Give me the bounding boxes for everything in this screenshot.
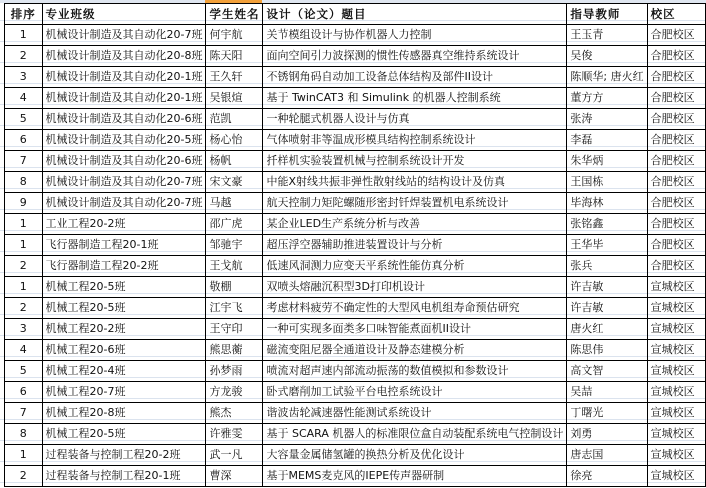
- cell-advisor[interactable]: 吴喆: [567, 382, 647, 403]
- cell-thesis-title[interactable]: 面向空间引力波探测的惯性传感器真空维持系统设计: [263, 46, 567, 67]
- cell-thesis-title[interactable]: 大容量金属储氢罐的换热分析及优化设计: [263, 445, 567, 466]
- table-row: 2机械工程20-5班江宇飞考虑材料疲劳不确定性的大型风电机组寿命预估研究许吉敏宣…: [5, 298, 706, 319]
- cell-order[interactable]: 2: [5, 46, 43, 67]
- cell-thesis-title[interactable]: 基于 SCARA 机器人的标准限位盒自动装配系统电气控制设计: [263, 424, 567, 445]
- cell-thesis-title[interactable]: 基于 TwinCAT3 和 Simulink 的机器人控制系统: [263, 88, 567, 109]
- cell-thesis-title[interactable]: 扦样机实验装置机械与控制系统设计开发: [263, 151, 567, 172]
- cell-campus[interactable]: 宣城校区: [647, 424, 705, 445]
- spreadsheet-grid[interactable]: 排序 专业班级 学生姓名 设计（论文）题目 指导教师 校区 1机械设计制造及其自…: [0, 0, 706, 488]
- table-row: 4机械工程20-6班熊思蘅磁流变阻尼器全通道设计及静态建模分析陈思伟宣城校区: [5, 340, 706, 361]
- cell-class[interactable]: 机械设计制造及其自动化20-1班: [42, 88, 206, 109]
- cell-student-name[interactable]: 何宇航: [206, 25, 263, 46]
- table-row: 1飞行器制造工程20-1班邹驰宇超压浮空器辅助推进装置设计与分析王华毕合肥校区: [5, 235, 706, 256]
- cell-thesis-title[interactable]: 谐波齿轮减速器性能测试系统设计: [263, 403, 567, 424]
- cell-advisor[interactable]: 陈思伟: [567, 340, 647, 361]
- table-row: 3机械设计制造及其自动化20-1班王久轩不锈钢角码自动加工设备总体结构及部件II…: [5, 67, 706, 88]
- cell-advisor[interactable]: 李磊: [567, 130, 647, 151]
- cell-order[interactable]: 6: [5, 130, 43, 151]
- cell-student-name[interactable]: 武一凡: [206, 445, 263, 466]
- cell-student-name[interactable]: 杨帆: [206, 151, 263, 172]
- cell-order[interactable]: 7: [5, 151, 43, 172]
- cell-class[interactable]: 机械设计制造及其自动化20-6班: [42, 151, 206, 172]
- table-row: 6机械设计制造及其自动化20-5班杨心怡气体喷射非等温成形模具结构控制系统设计李…: [5, 130, 706, 151]
- cell-order[interactable]: 3: [5, 67, 43, 88]
- cell-class[interactable]: 机械工程20-5班: [42, 298, 206, 319]
- cell-advisor[interactable]: 许吉敏: [567, 298, 647, 319]
- cell-campus[interactable]: 合肥校区: [647, 25, 705, 46]
- cell-campus[interactable]: 宣城校区: [647, 340, 705, 361]
- cell-thesis-title[interactable]: 一种可实现多面类多口味智能煮面机II设计: [263, 319, 567, 340]
- cell-campus[interactable]: 合肥校区: [647, 193, 705, 214]
- header-thesis-title[interactable]: 设计（论文）题目: [263, 4, 567, 25]
- cell-class[interactable]: 机械工程20-5班: [42, 424, 206, 445]
- cell-advisor[interactable]: 高文智: [567, 361, 647, 382]
- cell-class[interactable]: 机械设计制造及其自动化20-8班: [42, 46, 206, 67]
- cell-class[interactable]: 机械设计制造及其自动化20-5班: [42, 130, 206, 151]
- cell-thesis-title[interactable]: 卧式磨削加工试验平台电控系统设计: [263, 382, 567, 403]
- cell-class[interactable]: 过程装备与控制工程20-1班: [42, 466, 206, 487]
- table-row: 1工业工程20-2班邵广虎某企业LED生产系统分析与改善张铭鑫合肥校区: [5, 214, 706, 235]
- cell-student-name[interactable]: 曹深: [206, 466, 263, 487]
- cell-student-name[interactable]: 许雅雯: [206, 424, 263, 445]
- cell-campus[interactable]: 合肥校区: [647, 172, 705, 193]
- cell-order[interactable]: 1: [5, 25, 43, 46]
- cell-student-name[interactable]: 孙梦雨: [206, 361, 263, 382]
- cell-student-name[interactable]: 陈天阳: [206, 46, 263, 67]
- cell-class[interactable]: 机械工程20-6班: [42, 340, 206, 361]
- table-row: 1过程装备与控制工程20-2班武一凡大容量金属储氢罐的换热分析及优化设计唐志国宣…: [5, 445, 706, 466]
- table-row: 4机械设计制造及其自动化20-1班吴银煊基于 TwinCAT3 和 Simuli…: [5, 88, 706, 109]
- cell-student-name[interactable]: 王守印: [206, 319, 263, 340]
- table-row: 8机械工程20-5班许雅雯基于 SCARA 机器人的标准限位盒自动装配系统电气控…: [5, 424, 706, 445]
- cell-class[interactable]: 过程装备与控制工程20-2班: [42, 445, 206, 466]
- cell-order[interactable]: 9: [5, 193, 43, 214]
- table-row: 2过程装备与控制工程20-1班曹深基于MEMS麦克风的IEPE传声器研制徐亮宣城…: [5, 466, 706, 487]
- cell-campus[interactable]: 宣城校区: [647, 319, 705, 340]
- cell-class[interactable]: 机械工程20-5班: [42, 277, 206, 298]
- cell-thesis-title[interactable]: 双喷头熔融沉积型3D打印机设计: [263, 277, 567, 298]
- cell-student-name[interactable]: 熊杰: [206, 403, 263, 424]
- cell-campus[interactable]: 宣城校区: [647, 277, 705, 298]
- cell-thesis-title[interactable]: 航天控制力矩陀螺随形密封钎焊装置机电系统设计: [263, 193, 567, 214]
- cell-advisor[interactable]: 王华毕: [567, 235, 647, 256]
- cell-thesis-title[interactable]: 喷流对超声速内部流动振荡的数值模拟和参数设计: [263, 361, 567, 382]
- cell-student-name[interactable]: 杨心怡: [206, 130, 263, 151]
- table-row: 5机械工程20-4班孙梦雨喷流对超声速内部流动振荡的数值模拟和参数设计高文智宣城…: [5, 361, 706, 382]
- cell-order[interactable]: 5: [5, 361, 43, 382]
- cell-campus[interactable]: 宣城校区: [647, 361, 705, 382]
- cell-thesis-title[interactable]: 某企业LED生产系统分析与改善: [263, 214, 567, 235]
- table-row: 1机械工程20-5班敬棚双喷头熔融沉积型3D打印机设计许吉敏宣城校区: [5, 277, 706, 298]
- cell-thesis-title[interactable]: 中能X射线共振非弹性散射线站的结构设计及仿真: [263, 172, 567, 193]
- cell-class[interactable]: 飞行器制造工程20-2班: [42, 256, 206, 277]
- cell-order[interactable]: 1: [5, 445, 43, 466]
- cell-advisor[interactable]: 许吉敏: [567, 277, 647, 298]
- cell-class[interactable]: 机械设计制造及其自动化20-7班: [42, 193, 206, 214]
- cell-order[interactable]: 5: [5, 109, 43, 130]
- cell-order[interactable]: 6: [5, 382, 43, 403]
- cell-student-name[interactable]: 敬棚: [206, 277, 263, 298]
- cell-advisor[interactable]: 朱华炳: [567, 151, 647, 172]
- cell-order[interactable]: 4: [5, 340, 43, 361]
- cell-thesis-title[interactable]: 不锈钢角码自动加工设备总体结构及部件II设计: [263, 67, 567, 88]
- cell-campus[interactable]: 合肥校区: [647, 256, 705, 277]
- cell-order[interactable]: 1: [5, 214, 43, 235]
- cell-advisor[interactable]: 王玉青: [567, 25, 647, 46]
- cell-advisor[interactable]: 张铭鑫: [567, 214, 647, 235]
- table-row: 8机械设计制造及其自动化20-7班宋文豪中能X射线共振非弹性散射线站的结构设计及…: [5, 172, 706, 193]
- cell-advisor[interactable]: 丁曙光: [567, 403, 647, 424]
- cell-class[interactable]: 机械设计制造及其自动化20-6班: [42, 109, 206, 130]
- table-row: 2机械设计制造及其自动化20-8班陈天阳面向空间引力波探测的惯性传感器真空维持系…: [5, 46, 706, 67]
- cell-class[interactable]: 飞行器制造工程20-1班: [42, 235, 206, 256]
- cell-class[interactable]: 机械设计制造及其自动化20-7班: [42, 172, 206, 193]
- cell-thesis-title[interactable]: 考虑材料疲劳不确定性的大型风电机组寿命预估研究: [263, 298, 567, 319]
- cell-campus[interactable]: 合肥校区: [647, 151, 705, 172]
- cell-advisor[interactable]: 吴俊: [567, 46, 647, 67]
- cell-class[interactable]: 机械工程20-4班: [42, 361, 206, 382]
- cell-campus[interactable]: 合肥校区: [647, 67, 705, 88]
- cell-student-name[interactable]: 邵广虎: [206, 214, 263, 235]
- cell-thesis-title[interactable]: 关节模组设计与协作机器人力控制: [263, 25, 567, 46]
- cell-student-name[interactable]: 邹驰宇: [206, 235, 263, 256]
- cell-advisor[interactable]: 毕海林: [567, 193, 647, 214]
- table-row: 2飞行器制造工程20-2班王戈航低速风洞测力应变天平系统性能仿真分析张兵合肥校区: [5, 256, 706, 277]
- cell-thesis-title[interactable]: 磁流变阻尼器全通道设计及静态建模分析: [263, 340, 567, 361]
- cell-thesis-title[interactable]: 超压浮空器辅助推进装置设计与分析: [263, 235, 567, 256]
- cell-class[interactable]: 机械工程20-2班: [42, 319, 206, 340]
- cell-order[interactable]: 2: [5, 298, 43, 319]
- cell-campus[interactable]: 宣城校区: [647, 298, 705, 319]
- cell-advisor[interactable]: 徐亮: [567, 466, 647, 487]
- cell-advisor[interactable]: 唐志国: [567, 445, 647, 466]
- cell-student-name[interactable]: 王戈航: [206, 256, 263, 277]
- cell-advisor[interactable]: 唐火红: [567, 319, 647, 340]
- cell-campus[interactable]: 宣城校区: [647, 445, 705, 466]
- cell-campus[interactable]: 合肥校区: [647, 214, 705, 235]
- cell-class[interactable]: 机械工程20-8班: [42, 403, 206, 424]
- cell-student-name[interactable]: 宋文豪: [206, 172, 263, 193]
- cell-student-name[interactable]: 熊思蘅: [206, 340, 263, 361]
- cell-student-name[interactable]: 王久轩: [206, 67, 263, 88]
- table-row: 3机械工程20-2班王守印一种可实现多面类多口味智能煮面机II设计唐火红宣城校区: [5, 319, 706, 340]
- thesis-topic-table: 排序 专业班级 学生姓名 设计（论文）题目 指导教师 校区 1机械设计制造及其自…: [4, 3, 706, 487]
- cell-order[interactable]: 2: [5, 466, 43, 487]
- cell-thesis-title[interactable]: 低速风洞测力应变天平系统性能仿真分析: [263, 256, 567, 277]
- header-row: 排序 专业班级 学生姓名 设计（论文）题目 指导教师 校区: [5, 4, 706, 25]
- cell-campus[interactable]: 合肥校区: [647, 235, 705, 256]
- cell-campus[interactable]: 宣城校区: [647, 403, 705, 424]
- cell-class[interactable]: 工业工程20-2班: [42, 214, 206, 235]
- cell-advisor[interactable]: 张兵: [567, 256, 647, 277]
- cell-advisor[interactable]: 陈顺华; 唐火红: [567, 67, 647, 88]
- cell-class[interactable]: 机械设计制造及其自动化20-1班: [42, 67, 206, 88]
- cell-campus[interactable]: 合肥校区: [647, 130, 705, 151]
- cell-order[interactable]: 2: [5, 256, 43, 277]
- table-row: 7机械设计制造及其自动化20-6班杨帆扦样机实验装置机械与控制系统设计开发朱华炳…: [5, 151, 706, 172]
- cell-campus[interactable]: 宣城校区: [647, 466, 705, 487]
- cell-advisor[interactable]: 董方方: [567, 88, 647, 109]
- table-row: 7机械工程20-8班熊杰谐波齿轮减速器性能测试系统设计丁曙光宣城校区: [5, 403, 706, 424]
- cell-advisor[interactable]: 张涛: [567, 109, 647, 130]
- cell-class[interactable]: 机械设计制造及其自动化20-7班: [42, 25, 206, 46]
- header-campus[interactable]: 校区: [647, 4, 705, 25]
- cell-thesis-title[interactable]: 基于MEMS麦克风的IEPE传声器研制: [263, 466, 567, 487]
- header-advisor[interactable]: 指导教师: [567, 4, 647, 25]
- cell-student-name[interactable]: 马越: [206, 193, 263, 214]
- table-row: 1机械设计制造及其自动化20-7班何宇航关节模组设计与协作机器人力控制王玉青合肥…: [5, 25, 706, 46]
- cell-order[interactable]: 7: [5, 403, 43, 424]
- cell-advisor[interactable]: 刘勇: [567, 424, 647, 445]
- cell-student-name[interactable]: 吴银煊: [206, 88, 263, 109]
- cell-order[interactable]: 8: [5, 424, 43, 445]
- cell-order[interactable]: 3: [5, 319, 43, 340]
- cell-student-name[interactable]: 范凯: [206, 109, 263, 130]
- cell-campus[interactable]: 宣城校区: [647, 382, 705, 403]
- table-row: 9机械设计制造及其自动化20-7班马越航天控制力矩陀螺随形密封钎焊装置机电系统设…: [5, 193, 706, 214]
- cell-campus[interactable]: 合肥校区: [647, 46, 705, 67]
- table-row: 5机械设计制造及其自动化20-6班范凯一种轮腿式机器人设计与仿真张涛合肥校区: [5, 109, 706, 130]
- cell-campus[interactable]: 合肥校区: [647, 88, 705, 109]
- cell-order[interactable]: 1: [5, 277, 43, 298]
- cell-order[interactable]: 1: [5, 235, 43, 256]
- cell-student-name[interactable]: 江宇飞: [206, 298, 263, 319]
- cell-thesis-title[interactable]: 气体喷射非等温成形模具结构控制系统设计: [263, 130, 567, 151]
- cell-thesis-title[interactable]: 一种轮腿式机器人设计与仿真: [263, 109, 567, 130]
- cell-advisor[interactable]: 王国栋: [567, 172, 647, 193]
- header-student-name[interactable]: 学生姓名: [206, 4, 263, 25]
- cell-student-name[interactable]: 方龙骏: [206, 382, 263, 403]
- header-order[interactable]: 排序: [5, 4, 43, 25]
- cell-order[interactable]: 8: [5, 172, 43, 193]
- table-row: 6机械工程20-7班方龙骏卧式磨削加工试验平台电控系统设计吴喆宣城校区: [5, 382, 706, 403]
- table-body: 1机械设计制造及其自动化20-7班何宇航关节模组设计与协作机器人力控制王玉青合肥…: [5, 25, 706, 487]
- cell-campus[interactable]: 合肥校区: [647, 109, 705, 130]
- cell-class[interactable]: 机械工程20-7班: [42, 382, 206, 403]
- cell-order[interactable]: 4: [5, 88, 43, 109]
- header-class[interactable]: 专业班级: [42, 4, 206, 25]
